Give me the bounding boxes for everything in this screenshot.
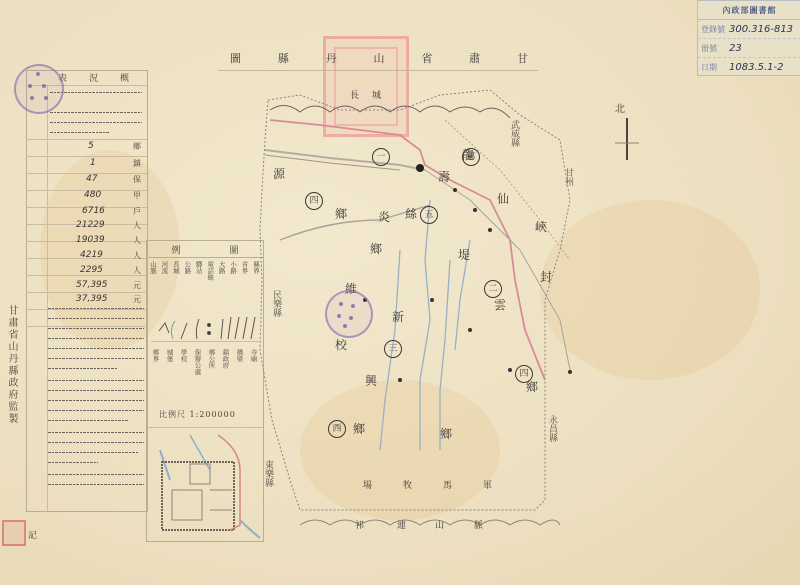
area-label: 軍	[483, 478, 492, 491]
area-label: 場	[363, 478, 372, 491]
neighbor-county-label: 永昌縣	[546, 415, 559, 442]
region-label: 封	[540, 268, 552, 285]
district-marker: 三	[384, 340, 402, 358]
region-label: 源	[273, 165, 285, 182]
neighbor-county-label: 甘州	[562, 168, 575, 186]
neighbor-county-label: 武威縣	[508, 120, 521, 147]
region-label: 鄉	[440, 425, 452, 442]
region-label: 壽	[438, 168, 450, 185]
range-label: 脈	[474, 518, 483, 531]
neighbor-county-label: 東樂縣	[262, 460, 275, 487]
range-label: 連	[397, 518, 406, 531]
region-label: 仙	[497, 190, 509, 207]
region-label: 新	[392, 308, 404, 325]
county-map	[0, 0, 800, 585]
region-label: 峽	[535, 218, 547, 235]
region-label: 雲	[494, 296, 506, 313]
region-label: 鄉	[335, 205, 347, 222]
region-label: 鄉	[370, 240, 382, 257]
district-marker: 四	[515, 365, 533, 383]
district-marker: 西	[328, 420, 346, 438]
range-label: 祁	[355, 518, 364, 531]
purple-seal	[325, 290, 373, 338]
wall-label: 長	[350, 88, 359, 101]
district-marker: 四	[305, 192, 323, 210]
district-marker: 一	[372, 148, 390, 166]
compass-north-label: 北	[615, 100, 625, 115]
range-label: 山	[435, 518, 444, 531]
area-label: 牧	[403, 478, 412, 491]
district-marker: 第	[462, 148, 480, 166]
neighbor-county-label: 民樂縣	[270, 290, 283, 317]
region-label: 堤	[458, 246, 470, 263]
region-label: 絲	[405, 205, 417, 222]
district-marker: 二	[484, 280, 502, 298]
region-label: 校	[335, 336, 347, 353]
wall-label: 城	[372, 88, 381, 101]
area-label: 馬	[443, 478, 452, 491]
region-label: 興	[365, 372, 377, 389]
district-marker: 五	[420, 206, 438, 224]
region-label: 炎	[378, 208, 390, 225]
region-label: 鄉	[353, 420, 365, 437]
